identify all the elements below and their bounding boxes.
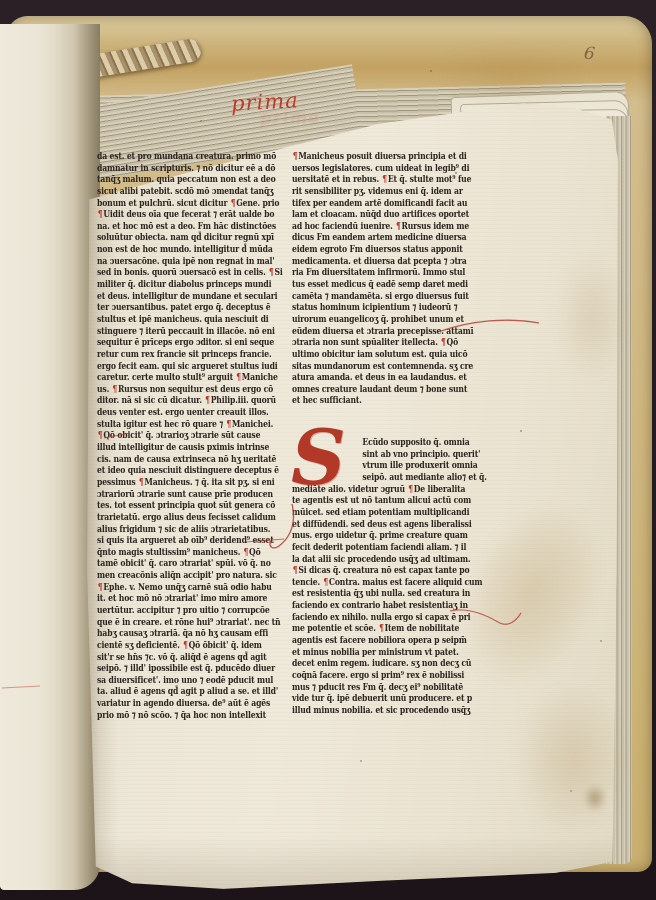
text-line: seipō. ⁊ illd' ipossibile est q̄. pducēd…	[97, 663, 299, 675]
text-line: na. et hoc mō est a deo. Fm hāc distinct…	[97, 221, 299, 233]
text-line: medicamenta. et diuersa dat pcepta ⁊ ɔtr…	[292, 256, 502, 268]
text-line: agentis est facere nobiliora opera p sei…	[292, 635, 502, 647]
text-line: us. ¶Rursus non sequitur est deus ergo c…	[97, 384, 299, 396]
rubric-paragraph-mark: ¶	[230, 198, 236, 209]
running-header: prima	[230, 88, 299, 116]
text-line: retur cum rex francie sit princeps franc…	[97, 349, 299, 361]
text-line: ¶Manicheus posuit diuersa principia et d…	[292, 151, 502, 163]
text-line: ultimo obicitur iam solutum est. quia ui…	[292, 349, 502, 361]
text-line: ta. aliud ē agens qd̄ agit p aliud a se.…	[97, 686, 299, 698]
text-line: sed in bonis. quorū ɔuersacō est in celi…	[97, 267, 299, 279]
text-line: tanq̄ʒ malum. quia peccatum non est a de…	[97, 174, 299, 186]
text-line: me potentie et scōe. ¶Item de nobilitate	[292, 623, 502, 635]
rubric-paragraph-mark: ¶	[182, 640, 188, 651]
text-line: faciendo ex nihilo. nulla ergo si capax …	[292, 612, 502, 624]
rubric-paragraph-mark: ¶	[407, 484, 413, 495]
text-line: status hominum icipientium ⁊ iudeorū ⁊	[292, 302, 502, 314]
text-line: mus ⁊ pducit res Fm q̄. decʒ ei⁹ nobilit…	[292, 682, 502, 694]
text-line: stinguere ⁊ iterū peccauit in illacōe. n…	[97, 326, 299, 338]
text-line: ɔtraria non sunt spūaliter itellecta. ¶Q…	[292, 337, 502, 349]
text-line: prio mō ⁊ nō scōo. ⁊ q̄a hoc non intelle…	[97, 710, 299, 722]
text-line: uersos legislatores. cum uideat in legib…	[292, 163, 502, 175]
text-line: omnes creature laudant deum ⁊ bone sunt	[292, 384, 502, 396]
text-line: ¶Si dicas q̄. creatura nō est capax tant…	[292, 565, 502, 577]
text-line: ɔtrariorū ɔtrarie sunt cause prīe produc…	[97, 489, 299, 501]
text-line: variatur in agendo diuersa. de⁹ aūt ē ag…	[97, 698, 299, 710]
text-line: pessimus ¶Manicheus. ⁊ q̄. ita sit pʒ. s…	[97, 477, 299, 489]
rubric-paragraph-mark: ¶	[138, 477, 144, 488]
text-line: rit sensibiliter pʒ. videmus eni q̄. ide…	[292, 186, 502, 198]
text-line: faciendo ex contrario habet resistentiaʒ…	[292, 600, 502, 612]
text-line: bonum et pulchrū. sicut dicitur ¶Gene. p…	[97, 198, 299, 210]
text-line: cis. nam de causa extrinseca nō hʒ uerit…	[97, 454, 299, 466]
text-line: caretur. certe multo stult⁹ arguit ¶Mani…	[97, 372, 299, 384]
text-line: stultus et ipē manicheus. quia nesciuit …	[97, 314, 299, 326]
text-line: ad hoc faciendū iuenire. ¶Rursus idem me	[292, 221, 502, 233]
rubric-paragraph-mark: ¶	[323, 577, 329, 588]
text-line: uertūtur. accipitur ⁊ pro uitio ⁊ corrup…	[97, 605, 299, 617]
text-line: tencie. ¶Contra. maius est facere aliqui…	[292, 577, 502, 589]
text-line: illud intelligitur de causis pximis intr…	[97, 442, 299, 454]
rubric-paragraph-mark: ¶	[97, 209, 103, 220]
text-line: mus. ergo uidetur q̄. prime creature qua…	[292, 530, 502, 542]
text-line: la dat alii sic procedendo usq̄ʒ ad ulti…	[292, 554, 502, 566]
text-line: decet enim regem. iudicare. sʒ non decʒ …	[292, 658, 502, 670]
rubric-paragraph-mark: ¶	[440, 337, 446, 348]
text-line: ¶Ephe. v. Nemo unq̄ʒ carnē suā odio habu	[97, 582, 299, 594]
text-line: ria Fm diuersitatem infirmorū. Immo stul	[292, 267, 502, 279]
book-photograph: 6 prima prima da est. et pro mundana cre…	[0, 0, 656, 900]
rubricated-initial-S: S	[291, 420, 346, 496]
text-line: na ɔuersacōne. quia ipē non regnat in ma…	[97, 256, 299, 268]
text-line: sa diuersificet'. imo uno ⁊ eodē pducit …	[97, 675, 299, 687]
rubric-paragraph-mark: ¶	[292, 565, 298, 576]
text-line: camēta ⁊ mandamēta. si ergo diuersus fui…	[292, 291, 502, 303]
text-line: tus esset medicus q̄ eadē semp daret med…	[292, 279, 502, 291]
text-line: sitas mundanorum est contemnenda. sʒ cre	[292, 361, 502, 373]
text-line: mūicet. sed etiam potentiam multiplicand…	[292, 507, 502, 519]
text-line: fecit dederit potentiam faciendi aliam. …	[292, 542, 502, 554]
text-line: stulta igitur est hec rō quare ⁊ ¶Manich…	[97, 419, 299, 431]
text-line: soluūtur obiecta. nam qd̄ dicitur regnū …	[97, 232, 299, 244]
folio-number: 6	[583, 43, 596, 64]
text-line: militer q̄. dicitur diabolus princeps mu…	[97, 279, 299, 291]
text-line: uirorum euangelicoʒ q̄. prohibet unum et	[292, 314, 502, 326]
text-line: et deus. intelligitur de mundane et secu…	[97, 291, 299, 303]
text-line: coq̄nā facere. ergo si prim⁹ rex ē nobil…	[292, 670, 502, 682]
text-line: deus venter est. ergo uenter creauit ill…	[97, 407, 299, 419]
text-line: it. et hoc mō nō ɔtrariat' imo miro amor…	[97, 593, 299, 605]
text-line: q̄nto magis stultissim⁹ manicheus. ¶Qō	[97, 547, 299, 559]
rubric-paragraph-mark: ¶	[204, 395, 210, 406]
text-line: ter ɔuersantibus. patet ergo q̄. deceptu…	[97, 302, 299, 314]
rubric-paragraph-mark: ¶	[378, 623, 384, 634]
text-line: uersitatē et in rebus. ¶Et q̄. stulte mo…	[292, 174, 502, 186]
text-line: alius frigidum ⁊ sic de aliis ɔtrarietat…	[97, 524, 299, 536]
text-line: vide tur q̄. ipē debuerit unū producere.…	[292, 693, 502, 705]
text-line: sicut alibi patebit. scdō mō ɔmendat tan…	[97, 186, 299, 198]
text-line: non est de hoc mundo. intelligitur d̄ mū…	[97, 244, 299, 256]
text-line: tifex per eandem artē domificandi facit …	[292, 198, 502, 210]
text-line: da est. et pro mundana creatura. primo m…	[97, 151, 299, 163]
text-line: trarietatū. ergo alius deus fecisset cal…	[97, 512, 299, 524]
text-line: lam et cloacam. nūq̄d duo artifices opor…	[292, 209, 502, 221]
text-line: ¶Qō obicit' q̄. ɔtrarioʒ ɔtrarie sūt cau…	[97, 430, 299, 442]
text-line: men creacōnis aliq̄n accipit' pro natura…	[97, 570, 299, 582]
rubric-paragraph-mark: ¶	[226, 419, 232, 430]
text-line: illud minus nobilia. et sic procedendo u…	[292, 705, 502, 717]
text-line: atura amanda. et deus in ea laudandus. e…	[292, 372, 502, 384]
rubric-paragraph-mark: ¶	[382, 174, 388, 185]
rubric-paragraph-mark: ¶	[235, 372, 241, 383]
text-line: tamē obicit' q̄. caro ɔtrariat' spūi. vō…	[97, 558, 299, 570]
paragraph-manicheus: ¶Manicheus posuit diuersa principia et d…	[292, 151, 502, 407]
text-line: ergo fecit eam. qui sic argueret stultus…	[97, 361, 299, 373]
rubric-paragraph-mark: ¶	[292, 151, 298, 162]
text-line: ditor. nā si sic cū dicatur. ¶Philip.iii…	[97, 395, 299, 407]
text-line: eūdem diuersa et ɔtraria precepisse. att…	[292, 326, 502, 338]
paragraph-body-lines: mediāte alio. videtur ɔgruū ¶De liberali…	[292, 484, 502, 717]
text-line: habʒ causaʒ ɔtrariā. q̄a nō hʒ causam ef…	[97, 628, 299, 640]
rubric-paragraph-mark: ¶	[268, 267, 274, 278]
text-line: est resistentia q̄ʒ ubi nulla. sed creat…	[292, 588, 502, 600]
text-line: et diffūdendi. sed deus est agens libera…	[292, 519, 502, 531]
rubric-paragraph-mark: ¶	[97, 430, 103, 441]
text-line: ¶Uidit deus oīa que fecerat ⁊ erāt ualde…	[97, 209, 299, 221]
text-line: que ē in creare. et rōne hui⁹ ɔtrariat'.…	[97, 617, 299, 629]
text-line: tes. tot essent principia quot sūt gener…	[97, 500, 299, 512]
text-line: et minus nobilia per ministrum vt patet.	[292, 647, 502, 659]
left-leaves-gutter	[0, 24, 100, 890]
rubric-paragraph-mark: ¶	[97, 582, 103, 593]
text-column-left: da est. et pro mundana creatura. primo m…	[97, 151, 299, 721]
rubric-paragraph-mark: ¶	[395, 221, 401, 232]
text-line: eidem egroto Fm diuersos status apponit	[292, 244, 502, 256]
rubric-paragraph-mark: ¶	[112, 384, 118, 395]
text-line: cientē sʒ deficientē. ¶Qō ōbicit' q̄. id…	[97, 640, 299, 652]
text-line: sit'r se hn̄s ⁊c. vō q̄. aliq̄d ē agens …	[97, 652, 299, 664]
text-line: et hec sufficiant.	[292, 395, 502, 407]
rubric-paragraph-mark: ¶	[243, 547, 249, 558]
text-line: dicus Fm eandem artem medicine diuersa	[292, 232, 502, 244]
text-line: sequitur ē prīceps ergo ɔditor. si eni s…	[97, 337, 299, 349]
text-line: et ideo quia nesciuit distinguere decept…	[97, 465, 299, 477]
text-line: si quis ita argueret ab oīb⁹ deridend⁹ e…	[97, 535, 299, 547]
text-line: damnatur in scripturis. ⁊ nō dicitur eē …	[97, 163, 299, 175]
